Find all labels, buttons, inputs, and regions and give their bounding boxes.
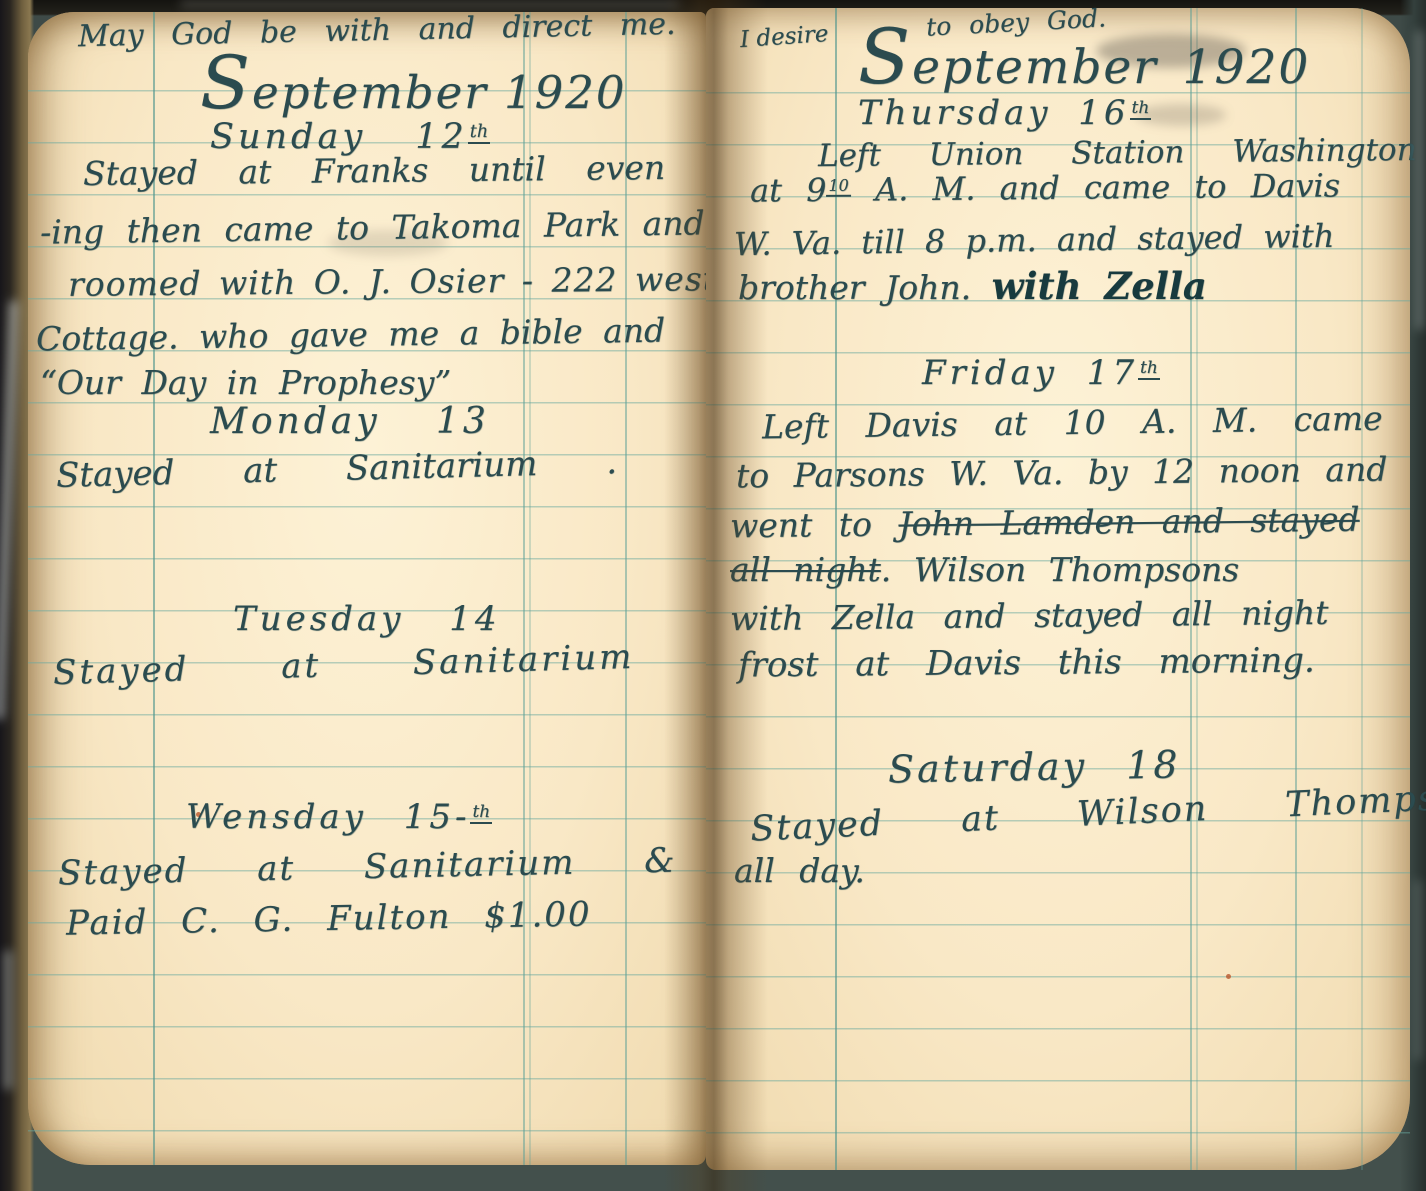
entry-day-date: Saturday 18 <box>888 742 1181 791</box>
entry-line: went to John Lamden and stayed <box>730 503 1360 543</box>
right-page: I desire to obey God. September 1920 Thu… <box>706 8 1410 1170</box>
entry-line: Stayed at Wilson Thompson <box>750 779 1426 847</box>
entry-line-text: brother John. <box>738 268 992 307</box>
time-superscript: 10 <box>826 176 851 197</box>
ordinal-suffix: th <box>470 802 492 824</box>
struck-text: John Lamden and stayed <box>898 500 1359 544</box>
diary-photo: May God be with and direct me. September… <box>0 0 1426 1191</box>
entry-line: Stayed at Sanitarium . <box>56 445 618 493</box>
entry-day-date: Friday 17 <box>922 353 1138 393</box>
entry-line: Stayed at Sanitarium & <box>58 844 677 891</box>
left-page: May God be with and direct me. September… <box>28 12 706 1165</box>
entry-line: Stayed at Sanitarium <box>53 640 635 690</box>
ledger-rule-vertical <box>1361 8 1363 1170</box>
month-heading: September 1920 <box>858 34 1310 91</box>
ordinal-suffix: th <box>468 122 490 144</box>
inscription-lead: I desire <box>739 23 829 52</box>
entry-line: brother John. with Zella <box>738 268 1207 305</box>
entry-day-date: Thursday 16 <box>858 93 1130 133</box>
entry-line: roomed with O. J. Osier - 222 west <box>68 262 717 301</box>
entry-line: to Parsons W. Va. by 12 noon and <box>736 453 1388 493</box>
entry-line: with Zella and stayed all night <box>730 596 1329 635</box>
entry-line: Stayed at Franks until even <box>83 151 665 190</box>
entry-day-date: Tuesday 14 <box>233 599 500 639</box>
entry-line: W. Va. till 8 p.m. and stayed with <box>734 220 1335 260</box>
entry-day-date: Monday 13 <box>210 401 490 442</box>
entry-heading: Monday 13 <box>210 404 490 440</box>
entry-line-text: A. M. and came to Davis <box>851 166 1341 208</box>
entry-heading: Wensday 15-th <box>186 800 492 834</box>
entry-line: Paid C. G. Fulton $1.00 <box>66 897 592 940</box>
entry-line: all day. <box>734 854 865 887</box>
entry-heading: Thursday 16th <box>858 96 1151 130</box>
ordinal-suffix: th <box>1130 98 1152 120</box>
entry-line: Left Davis at 10 A. M. came <box>762 402 1383 444</box>
inscription: May God be with and direct me. <box>78 10 676 53</box>
entry-heading: Tuesday 14 <box>233 602 500 636</box>
entry-line: -ing then came to Takoma Park and <box>40 206 705 248</box>
entry-line-text: at 9 <box>750 171 827 210</box>
entry-line-emphasis: with Zella <box>992 264 1207 308</box>
entry-line: Cottage. who gave me a bible and <box>36 314 666 356</box>
glare-streak <box>1416 30 1423 330</box>
glare-streak <box>4 950 12 1090</box>
struck-text: all night <box>730 550 881 589</box>
ordinal-suffix: th <box>1138 358 1160 380</box>
entry-line-text: . Wilson Thompsons <box>881 550 1240 589</box>
entry-line: all night. Wilson Thompsons <box>730 553 1239 586</box>
entry-line: frost at Davis this morning. <box>738 643 1315 682</box>
entry-heading: Saturday 18 <box>888 745 1181 788</box>
entry-line-text: went to <box>730 505 899 546</box>
entry-day-date: Wensday 15- <box>186 797 470 837</box>
entry-line: at 910 A. M. and came to Davis <box>750 169 1340 206</box>
paper-speck <box>1226 974 1231 979</box>
entry-line: “Our Day in Prophesy” <box>40 366 451 399</box>
glare-streak <box>180 1 680 7</box>
entry-heading: Friday 17th <box>922 356 1160 390</box>
glare-streak <box>1415 880 1421 1060</box>
month-heading: September 1920 <box>200 62 627 115</box>
